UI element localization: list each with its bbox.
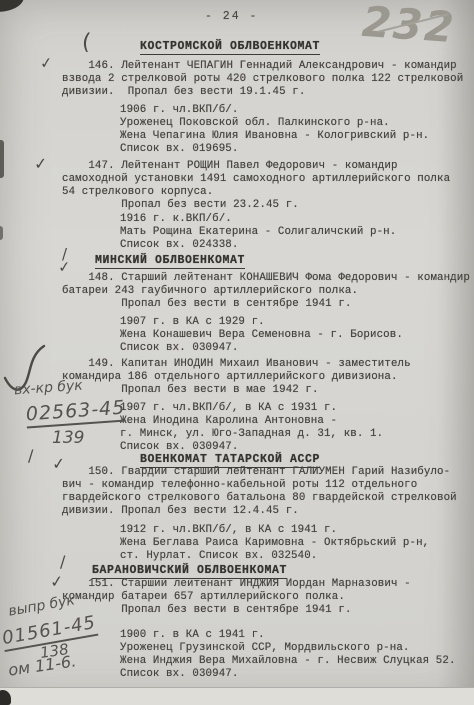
checkmark-icon: ✓ [51,453,66,473]
entry-147-text: 147. Лейтенант РОЩИН Павел Федорович - к… [62,160,470,212]
entry-147-details: 1916 г. к.ВКП/б/. Мать Рощина Екатерина … [120,213,470,252]
entry-148-details: 1907 г. в КА с 1929 г. Жена Конашевич Ве… [120,316,470,355]
checkmark-icon: ✓ [33,154,48,174]
entry-148-text: 148. Старший лейтенант КОНАШЕВИЧ Фома Фе… [62,272,470,311]
entry-150-details: 1912 г. чл.ВКП/б/, в КА с 1941 г. Жена Б… [120,524,470,563]
scanned-page: - 24 - 232 КОСТРОМСКОЙ ОБЛВОЕНКОМАТ 146.… [0,0,474,705]
entry-149-text: 149. Капитан ИНОДИН Михаил Иванович - за… [62,358,470,397]
checkmark-icon: ✓ [57,257,71,276]
checkmark-icon: ✓ [49,571,64,591]
checkmark-icon: ✓ [39,53,53,72]
margin-note-number: 02563-45 [25,397,126,429]
entry-151-text: 151. Старший лейтенант ИНДЖИЯ Иордан Мар… [62,578,470,617]
entry-151-details: 1900 г. в КА с 1941 г. Уроженец Грузинск… [120,629,470,681]
page-number: - 24 - [205,10,258,23]
section-header-minskiy: МИНСКИЙ ОБЛВОЕНКОМАТ [95,254,245,269]
entry-149-details: 1907 г. чл.ВКП/б/, в КА с 1931 г. Жена И… [120,402,470,454]
section-header-kostromskoy: КОСТРОМСКОЙ ОБЛВОЕНКОМАТ [140,40,320,55]
margin-note-extra: ом 11-6. [7,651,77,679]
scan-edge-mark [0,140,4,178]
entry-146-details: 1906 г. чл.ВКП/б/. Уроженец Поковской об… [120,104,470,156]
slash-mark-icon: / [60,552,65,571]
section-header-baranovichskiy: БАРАНОВИЧСКИЙ ОБЛВОЕНКОМАТ [92,564,287,579]
entry-146-text: 146. Лейтенант ЧЕПАГИН Геннадий Александ… [62,60,470,99]
handwritten-page-number: 232 [361,0,458,52]
paren-mark-icon: ( [81,30,92,56]
scan-corner-artifact [0,0,25,13]
slash-mark-icon: / [28,446,33,465]
entry-150-text: 150. Гвардии старший лейтенант ГАЛИУМЕН … [62,466,470,518]
paper-bottom-edge [0,687,474,705]
scan-edge-mark [0,226,3,240]
margin-note-page: 139 [52,428,84,448]
